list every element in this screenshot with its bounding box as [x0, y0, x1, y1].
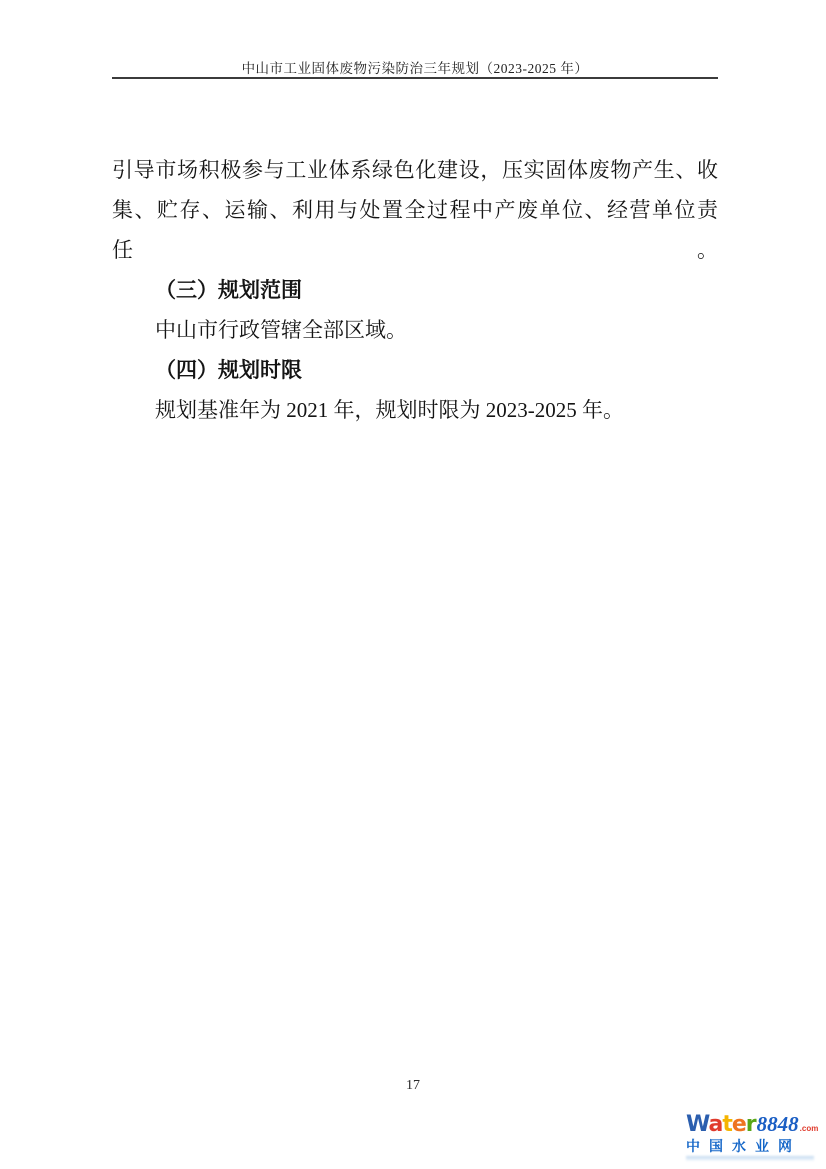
- paragraph-line: 引导市场积极参与工业体系绿色化建设，压实固体废物产生、收: [112, 150, 718, 190]
- paragraph-line: 规划基准年为 2021 年，规划时限为 2023-2025 年。: [112, 390, 718, 430]
- page-number: 17: [0, 1078, 826, 1094]
- logo-letter: a: [708, 1112, 722, 1137]
- section-heading-4: （四）规划时限: [112, 350, 718, 390]
- logo-brand-row: Water 8848 .com: [686, 1112, 818, 1137]
- header-rule: [112, 77, 718, 79]
- water8848-logo: Water 8848 .com 中国水业网: [686, 1112, 818, 1161]
- section-heading-3: （三）规划范围: [112, 270, 718, 310]
- body-text: 引导市场积极参与工业体系绿色化建设，压实固体废物产生、收 集、贮存、运输、利用与…: [112, 150, 718, 430]
- logo-letter: r: [746, 1112, 756, 1137]
- logo-reflection: [686, 1156, 814, 1161]
- logo-tld-com: .com: [800, 1124, 819, 1133]
- logo-letter: W: [686, 1112, 708, 1137]
- header-title: 中山市工业固体废物污染防治三年规划（2023-2025 年）: [112, 57, 718, 77]
- logo-subtitle-cn: 中国水业网: [686, 1139, 818, 1155]
- logo-number-8848: 8848: [757, 1112, 799, 1137]
- paragraph-line: 集、贮存、运输、利用与处置全过程中产废单位、经营单位责任。: [112, 190, 718, 270]
- paragraph-line: 中山市行政管辖全部区域。: [112, 310, 718, 350]
- logo-letter: t: [722, 1112, 732, 1137]
- logo-letter: e: [732, 1112, 746, 1137]
- document-page: 中山市工业固体废物污染防治三年规划（2023-2025 年） 引导市场积极参与工…: [0, 0, 826, 1169]
- logo-word-water: Water: [686, 1113, 756, 1137]
